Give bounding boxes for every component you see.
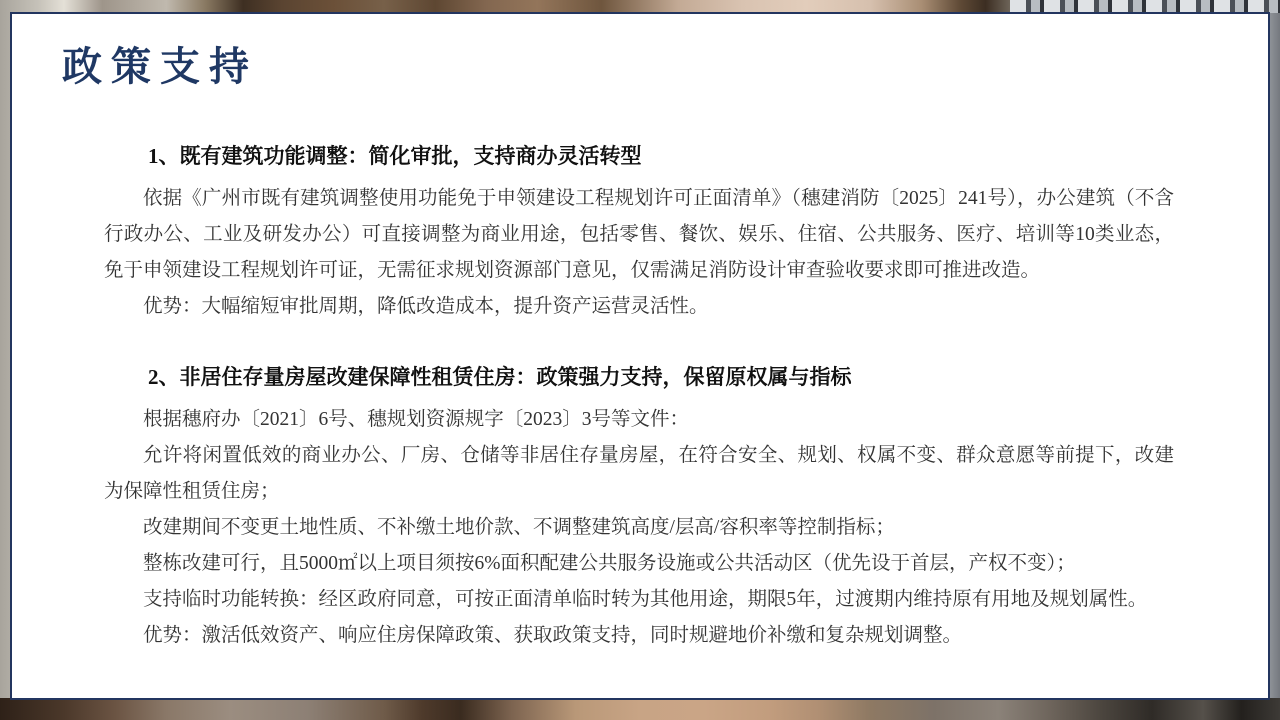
section-1-heading: 1、既有建筑功能调整：简化审批，支持商办灵活转型 (104, 138, 1174, 174)
section-2-paragraph-advantage: 优势：激活低效资产、响应住房保障政策、获取政策支持，同时规避地价补缴和复杂规划调… (104, 618, 1174, 654)
slide-title: 政策支持 (62, 42, 1268, 92)
section-2-paragraph-permission: 允许将闲置低效的商业办公、厂房、仓储等非居住存量房屋，在符合安全、规划、权属不变… (104, 438, 1174, 510)
section-rental-housing-conversion: 2、非居住存量房屋改建保障性租赁住房：政策强力支持，保留原权属与指标 根据穗府办… (104, 359, 1174, 654)
section-2-paragraph-basis: 根据穗府办〔2021〕6号、穗规划资源规字〔2023〕3号等文件： (104, 402, 1174, 438)
slide-card: 政策支持 1、既有建筑功能调整：简化审批，支持商办灵活转型 依据《广州市既有建筑… (10, 12, 1270, 700)
background-photo-bottom (0, 698, 1280, 720)
section-2-heading: 2、非居住存量房屋改建保障性租赁住房：政策强力支持，保留原权属与指标 (104, 359, 1174, 395)
section-1-paragraph-advantage: 优势：大幅缩短审批周期，降低改造成本，提升资产运营灵活性。 (104, 289, 1174, 325)
section-2-paragraph-temporary-use: 支持临时功能转换：经区政府同意，可按正面清单临时转为其他用途，期限5年，过渡期内… (104, 582, 1174, 618)
section-building-function-adjustment: 1、既有建筑功能调整：简化审批，支持商办灵活转型 依据《广州市既有建筑调整使用功… (104, 138, 1174, 325)
section-2-paragraph-land-terms: 改建期间不变更土地性质、不补缴土地价款、不调整建筑高度/层高/容积率等控制指标； (104, 510, 1174, 546)
section-1-paragraph-basis: 依据《广州市既有建筑调整使用功能免于申领建设工程规划许可正面清单》（穗建消防〔2… (104, 181, 1174, 289)
slide-content: 1、既有建筑功能调整：简化审批，支持商办灵活转型 依据《广州市既有建筑调整使用功… (104, 138, 1174, 654)
section-2-paragraph-whole-building: 整栋改建可行，且5000㎡以上项目须按6%面积配建公共服务设施或公共活动区（优先… (104, 546, 1174, 582)
